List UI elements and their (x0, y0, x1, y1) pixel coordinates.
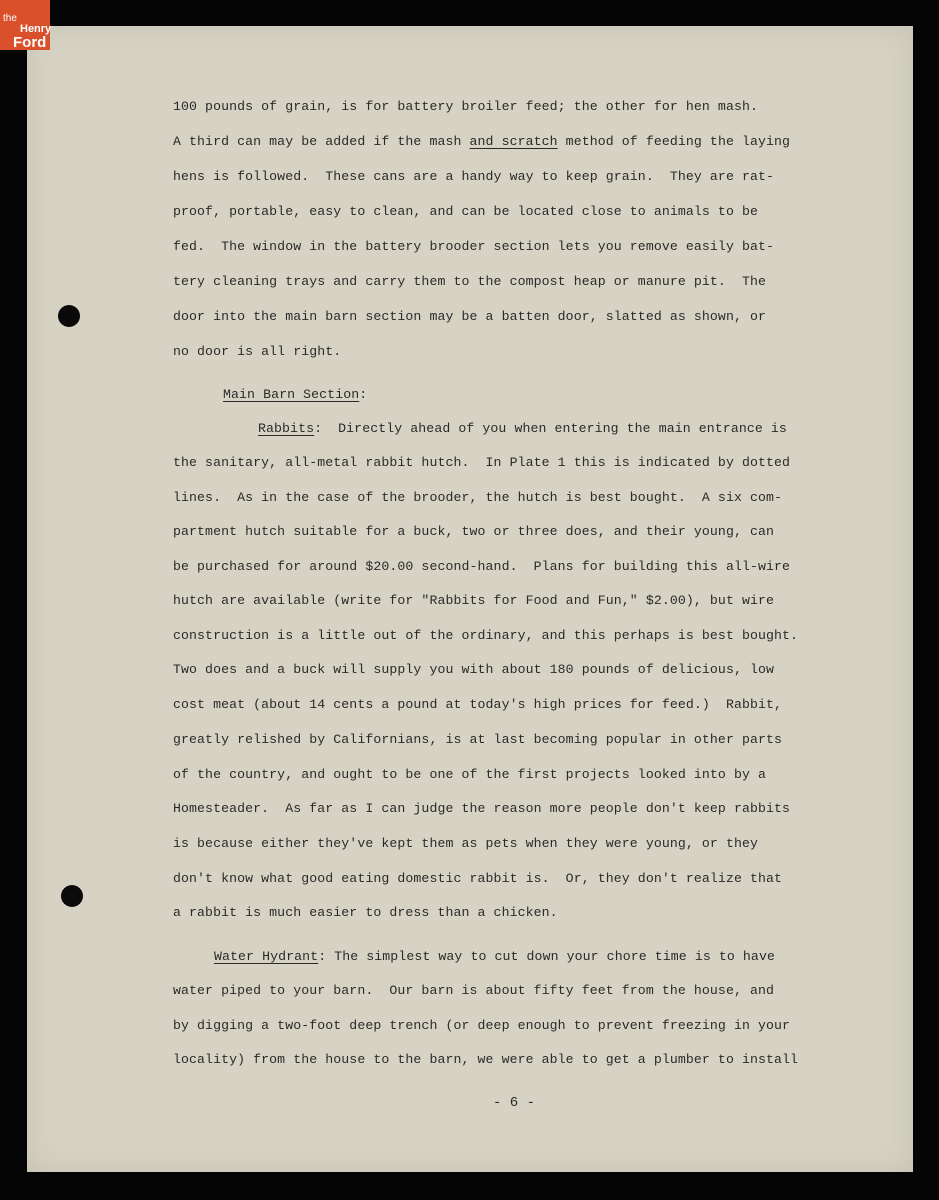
underlined-heading: Rabbits (258, 421, 314, 436)
punch-hole-icon (61, 885, 83, 907)
underlined-heading: Water Hydrant (214, 949, 318, 964)
text-line: hutch are available (write for "Rabbits … (173, 593, 774, 608)
text-line: don't know what good eating domestic rab… (173, 871, 782, 886)
logo-ford: Ford (13, 35, 46, 50)
henry-ford-logo: the Henry Ford (0, 0, 50, 50)
text-line: tery cleaning trays and carry them to th… (173, 274, 766, 289)
text-line: 100 pounds of grain, is for battery broi… (173, 99, 758, 114)
text-line: partment hutch suitable for a buck, two … (173, 524, 774, 539)
underlined-heading: and scratch (470, 134, 558, 149)
text-line: greatly relished by Californians, is at … (173, 732, 782, 747)
text-line: is because either they've kept them as p… (173, 836, 758, 851)
text-line: hens is followed. These cans are a handy… (173, 169, 774, 184)
text-line: by digging a two-foot deep trench (or de… (173, 1018, 790, 1033)
text-line: Homesteader. As far as I can judge the r… (173, 801, 790, 816)
text-line: proof, portable, easy to clean, and can … (173, 204, 758, 219)
page-number: - 6 - (493, 1095, 535, 1111)
text-line: cost meat (about 14 cents a pound at tod… (173, 697, 782, 712)
text-line: lines. As in the case of the brooder, th… (173, 490, 782, 505)
document-page: 100 pounds of grain, is for battery broi… (27, 26, 913, 1172)
text-line: Main Barn Section: (223, 387, 367, 402)
text-line: fed. The window in the battery brooder s… (173, 239, 774, 254)
text-line: no door is all right. (173, 344, 341, 359)
text-line: Two does and a buck will supply you with… (173, 662, 774, 677)
text-line: Water Hydrant: The simplest way to cut d… (214, 949, 775, 964)
text-line: a rabbit is much easier to dress than a … (173, 905, 558, 920)
text-line: A third can may be added if the mash and… (173, 134, 790, 149)
text-line: door into the main barn section may be a… (173, 309, 766, 324)
logo-the: the (3, 14, 17, 24)
underlined-heading: Main Barn Section (223, 387, 359, 402)
text-line: water piped to your barn. Our barn is ab… (173, 983, 774, 998)
punch-hole-icon (58, 305, 80, 327)
text-line: construction is a little out of the ordi… (173, 628, 798, 643)
text-line: Rabbits: Directly ahead of you when ente… (258, 421, 787, 436)
text-line: locality) from the house to the barn, we… (173, 1052, 798, 1067)
text-line: of the country, and ought to be one of t… (173, 767, 766, 782)
text-line: the sanitary, all-metal rabbit hutch. In… (173, 455, 790, 470)
text-line: be purchased for around $20.00 second-ha… (173, 559, 790, 574)
